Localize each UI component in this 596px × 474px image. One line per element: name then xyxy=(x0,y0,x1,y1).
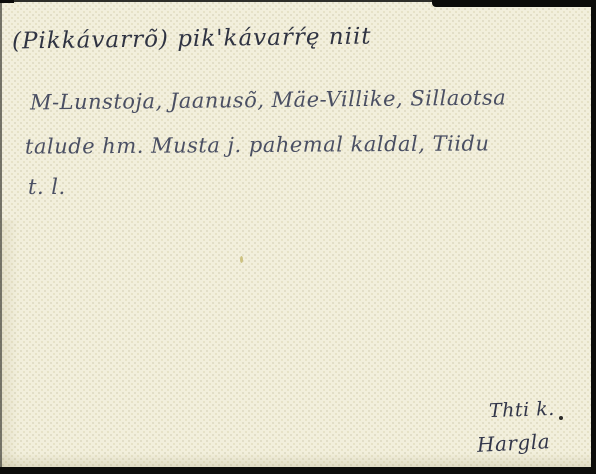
scanned-index-card: (Pikkávarrõ) pik'kávaŕŕę niit M-Lunstoja… xyxy=(0,0,596,474)
paper-speck xyxy=(240,256,243,263)
scan-edge-right xyxy=(591,0,596,474)
card-body-line: M-Lunstoja, Jaanusõ, Mäe-Villike, Sillao… xyxy=(30,86,506,115)
scan-edge-left xyxy=(0,0,2,474)
scan-shading-left xyxy=(2,220,18,474)
scan-edge-top-left xyxy=(0,0,14,3)
card-location-parish: Hargla xyxy=(476,429,550,457)
scan-edge-top-right xyxy=(432,0,596,7)
card-body-line: talude hm. Musta j. pahemal kaldal, Tiid… xyxy=(25,131,490,158)
card-heading-placename: (Pikkávarrõ) pik'kávaŕŕę niit xyxy=(12,23,372,54)
card-location-village: Thti k. xyxy=(489,398,555,422)
ink-speck xyxy=(559,416,563,420)
scan-edge-bottom xyxy=(0,467,596,474)
card-body-line: t. l. xyxy=(28,175,66,199)
